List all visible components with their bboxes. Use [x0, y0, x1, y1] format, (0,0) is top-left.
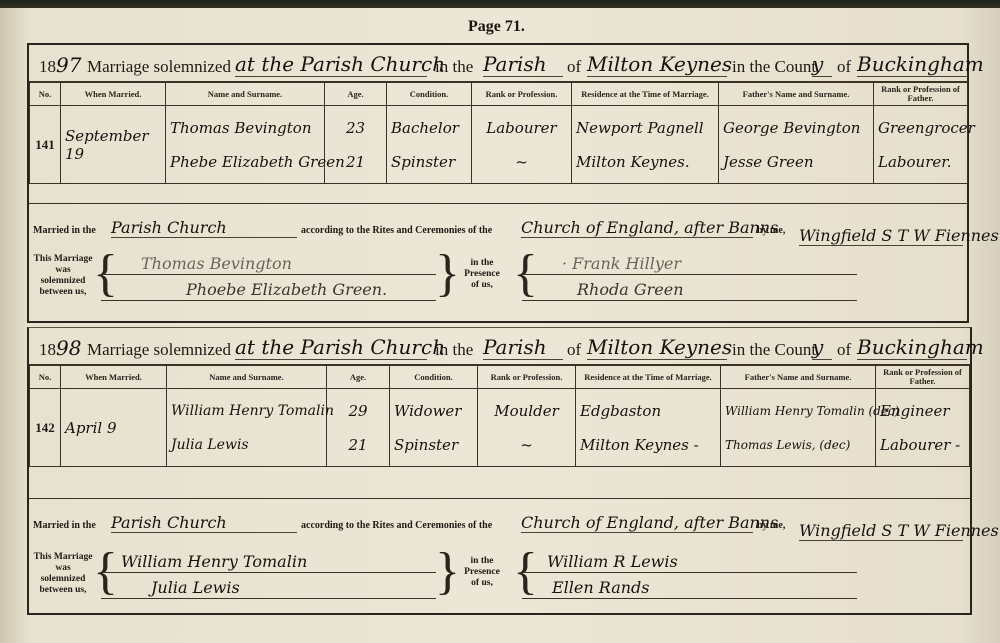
- groom-name: Thomas Bevington: [170, 111, 320, 145]
- register-table: No. When Married. Name and Surname. Age.…: [29, 364, 970, 467]
- year: 1898: [39, 336, 81, 360]
- signatures-block: This Marriagewassolemnizedbetween us, { …: [29, 548, 970, 608]
- entry-heading: 1897 Marriage solemnized at the Parish C…: [37, 49, 959, 81]
- entry-heading: 1898 Marriage solemnized at the Parish C…: [37, 332, 962, 364]
- bride-signature: Phoebe Elizabeth Green.: [101, 276, 436, 301]
- witness-1-signature: William R Lewis: [522, 548, 857, 573]
- married-in-line: Married in the Parish Church according t…: [29, 498, 970, 539]
- parish: Milton Keynes: [587, 52, 727, 77]
- place: at the Parish Church: [235, 335, 427, 360]
- when-married: April 9: [61, 389, 167, 467]
- groom-name: William Henry Tomalin: [171, 394, 322, 428]
- county: Buckingham: [857, 52, 967, 77]
- married-in-line: Married in the Parish Church according t…: [29, 203, 967, 244]
- place: at the Parish Church: [235, 52, 427, 77]
- groom-signature: Thomas Bevington: [101, 250, 436, 275]
- parish-label: Parish: [483, 52, 563, 77]
- witness-1-signature: · Frank Hillyer: [522, 250, 857, 275]
- witness-2-signature: Ellen Rands: [522, 574, 857, 599]
- marriage-entry-142: 1898 Marriage solemnized at the Parish C…: [27, 327, 972, 615]
- groom-signature: William Henry Tomalin: [101, 548, 436, 573]
- parish: Milton Keynes: [587, 335, 727, 360]
- bride-name: Julia Lewis: [171, 428, 322, 462]
- bride-signature: Julia Lewis: [101, 574, 436, 599]
- signatures-block: This Marriagewassolemnizedbetween us, { …: [29, 250, 967, 310]
- register-table: No. When Married. Name and Surname. Age.…: [29, 81, 968, 184]
- when-married: September 19: [61, 106, 166, 184]
- year: 1897: [39, 53, 81, 77]
- bride-name: Phebe Elizabeth Green: [170, 145, 320, 179]
- page-number: Page 71.: [468, 18, 525, 36]
- county: Buckingham: [857, 335, 967, 360]
- entry-number: 141: [30, 106, 61, 184]
- marriage-entry-141: 1897 Marriage solemnized at the Parish C…: [27, 43, 969, 323]
- officiant: Wingfield S T W Fiennes: [799, 226, 963, 246]
- witness-2-signature: Rhoda Green: [522, 276, 857, 301]
- officiant: Wingfield S T W Fiennes ..: [799, 521, 963, 541]
- entry-number: 142: [30, 389, 61, 467]
